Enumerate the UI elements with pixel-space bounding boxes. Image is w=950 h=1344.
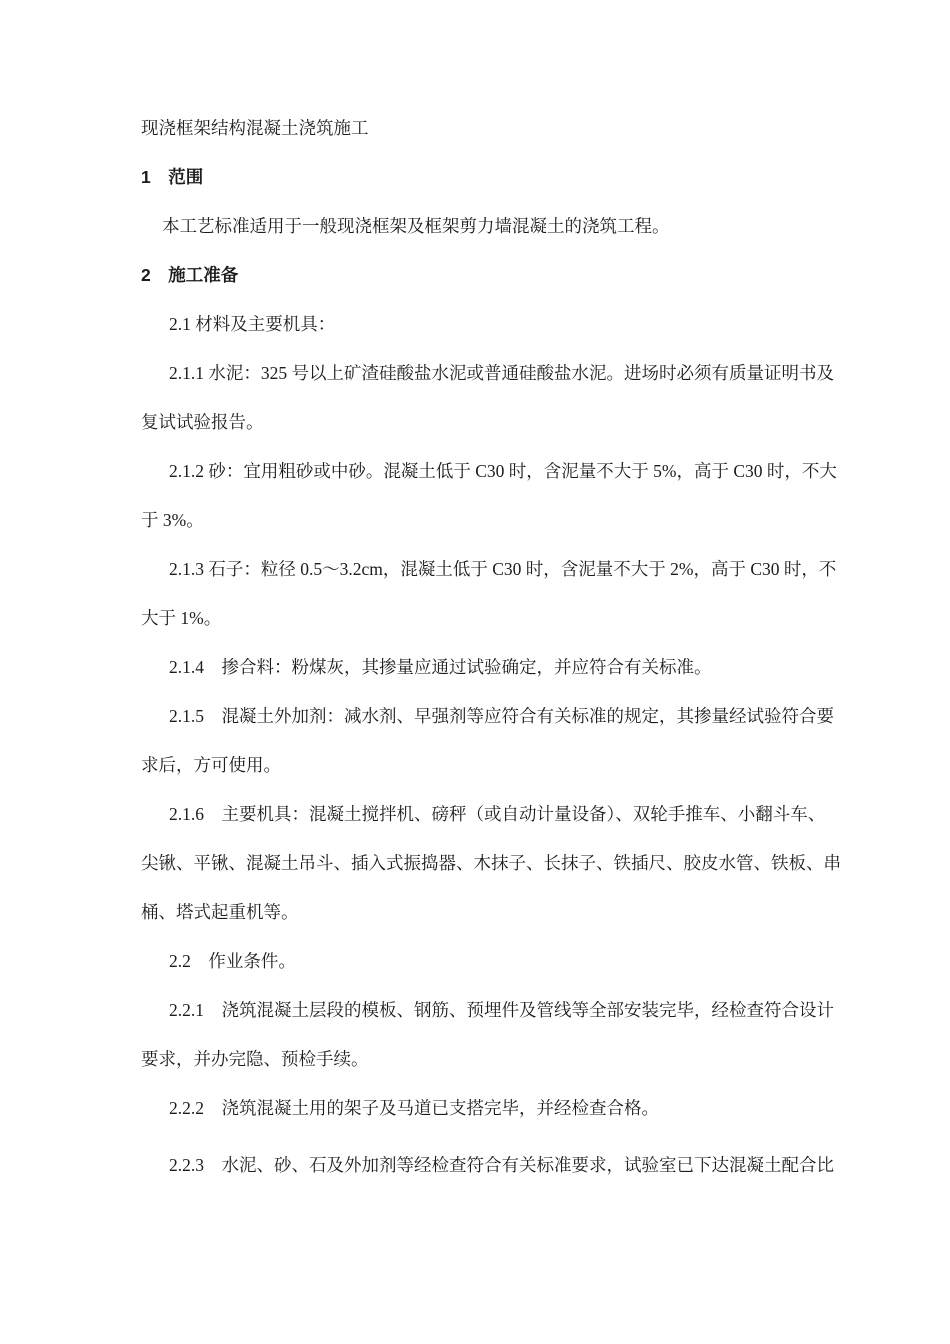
clause-2-1-4: 2.1.4 掺合料：粉煤灰，其掺量应通过试验确定，并应符合有关标准。 (141, 643, 841, 692)
clause-2-2-1: 2.2.1 浇筑混凝土层段的模板、钢筋、预埋件及管线等全部安装完毕，经检查符合设… (141, 986, 841, 1084)
document-page: 现浇框架结构混凝土浇筑施工 1 范围 本工艺标准适用于一般现浇框架及框架剪力墙混… (0, 0, 950, 1344)
clause-2-2: 2.2 作业条件。 (141, 937, 841, 986)
clause-2-2-2: 2.2.2 浇筑混凝土用的架子及马道已支搭完毕，并经检查合格。 (141, 1084, 841, 1133)
clause-2-2-3: 2.2.3 水泥、砂、石及外加剂等经检查符合有关标准要求，试验室已下达混凝土配合… (141, 1141, 841, 1190)
clause-2-1-6: 2.1.6 主要机具：混凝土搅拌机、磅秤（或自动计量设备）、双轮手推车、小翻斗车… (141, 790, 841, 937)
clause-2-1: 2.1 材料及主要机具： (141, 300, 841, 349)
clause-2-1-5: 2.1.5 混凝土外加剂：减水剂、早强剂等应符合有关标准的规定，其掺量经试验符合… (141, 692, 841, 790)
clause-2-1-3: 2.1.3 石子：粒径 0.5～3.2cm，混凝土低于 C30 时，含泥量不大于… (141, 545, 841, 643)
document-title: 现浇框架结构混凝土浇筑施工 (141, 104, 841, 153)
clause-2-1-1: 2.1.1 水泥：325 号以上矿渣硅酸盐水泥或普通硅酸盐水泥。进场时必须有质量… (141, 349, 841, 447)
paragraph-scope: 本工艺标准适用于一般现浇框架及框架剪力墙混凝土的浇筑工程。 (141, 202, 841, 251)
clause-2-1-2: 2.1.2 砂：宜用粗砂或中砂。混凝土低于 C30 时，含泥量不大于 5%，高于… (141, 447, 841, 545)
section-heading-scope: 1 范围 (141, 153, 841, 202)
section-heading-preparation: 2 施工准备 (141, 251, 841, 300)
